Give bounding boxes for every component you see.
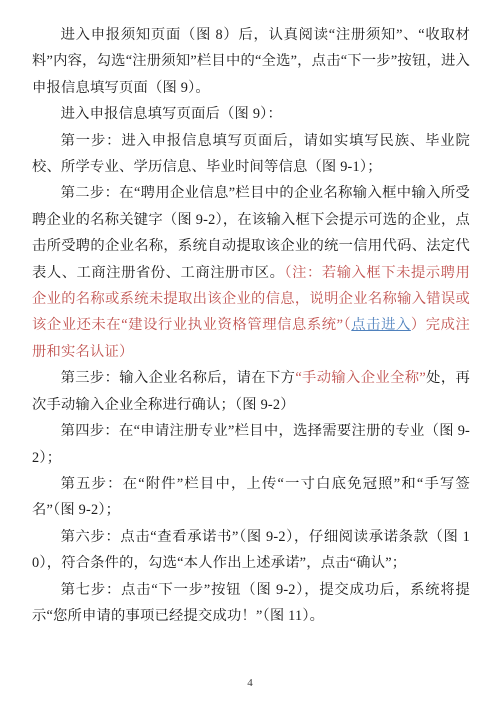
paragraph: 第一步：进入申报信息填写页面后，请如实填写民族、毕业院校、所学专业、学历信息、毕… bbox=[32, 128, 470, 181]
text-run: 第三步：输入企业名称后，请在下方 bbox=[61, 370, 296, 386]
text-run: 第四步：在“申请注册专业”栏目中，选择需要注册的专业（图 9-2）； bbox=[32, 423, 470, 465]
paragraph: 第二步：在“聘用企业信息”栏目中的企业名称输入框中输入所受聘企业的名称关键字（图… bbox=[32, 180, 470, 365]
text-run: 进入申报信息填写页面后（图 9）： bbox=[61, 106, 282, 122]
text-run: 第一步：进入申报信息填写页面后，请如实填写民族、毕业院校、所学专业、学历信息、毕… bbox=[32, 133, 470, 175]
document-body: 进入申报须知页面（图 8）后，认真阅读“注册须知”、“收取材料”内容，勾选“注册… bbox=[32, 22, 470, 629]
text-run: “手动输入企业全称” bbox=[295, 370, 426, 386]
paragraph: 第五步：在“附件”栏目中，上传“一寸白底免冠照”和“手写签名”（图 9-2）； bbox=[32, 471, 470, 524]
paragraph: 第六步：点击“查看承诺书”（图 9-2），仔细阅读承诺条款（图 10），符合条件… bbox=[32, 524, 470, 577]
text-run: 第六步：点击“查看承诺书”（图 9-2），仔细阅读承诺条款（图 10），符合条件… bbox=[32, 529, 470, 571]
paragraph: 进入申报信息填写页面后（图 9）： bbox=[32, 101, 470, 127]
text-run: 第七步：点击“下一步”按钮（图 9-2），提交成功后，系统将提示“您所申请的事项… bbox=[32, 582, 470, 624]
paragraph: 第四步：在“申请注册专业”栏目中，选择需要注册的专业（图 9-2）； bbox=[32, 418, 470, 471]
document-page: 进入申报须知页面（图 8）后，认真阅读“注册须知”、“收取材料”内容，勾选“注册… bbox=[0, 0, 500, 707]
text-run: 进入申报须知页面（图 8）后，认真阅读“注册须知”、“收取材料”内容，勾选“注册… bbox=[32, 27, 470, 96]
text-run: 第五步：在“附件”栏目中，上传“一寸白底免冠照”和“手写签名”（图 9-2）； bbox=[32, 476, 470, 518]
paragraph: 第三步：输入企业名称后，请在下方“手动输入企业全称”处，再次手动输入企业全称进行… bbox=[32, 365, 470, 418]
paragraph: 进入申报须知页面（图 8）后，认真阅读“注册须知”、“收取材料”内容，勾选“注册… bbox=[32, 22, 470, 101]
paragraph: 第七步：点击“下一步”按钮（图 9-2），提交成功后，系统将提示“您所申请的事项… bbox=[32, 577, 470, 630]
click-to-enter-link[interactable]: 点击进入 bbox=[351, 317, 411, 333]
page-number: 4 bbox=[0, 677, 500, 689]
